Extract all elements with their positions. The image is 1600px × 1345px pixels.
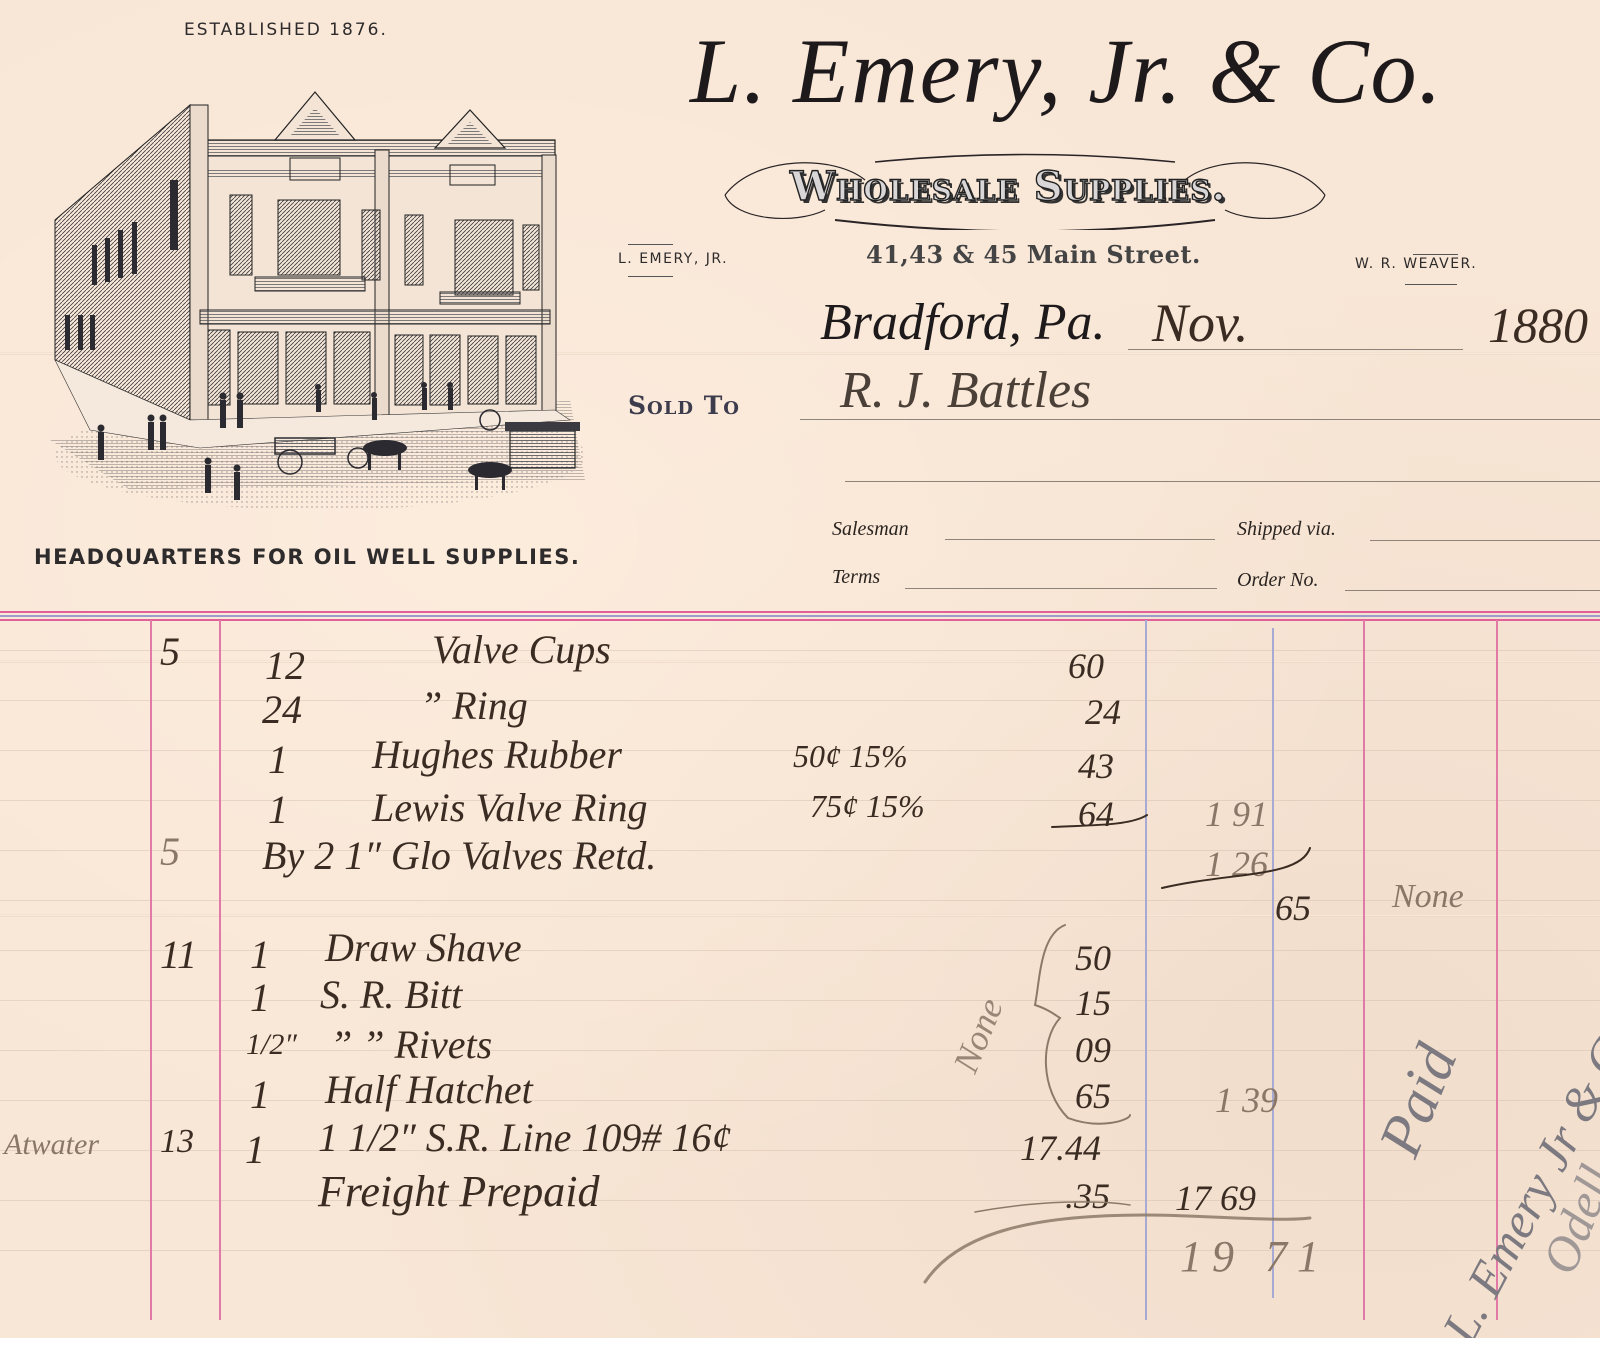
building-engraving-icon (50, 70, 590, 510)
row-subtotal: 1 39 (1215, 1082, 1278, 1118)
invoice-paper: ESTABLISHED 1876. (0, 0, 1600, 1338)
row-note: 75¢ 15% (810, 790, 925, 822)
row-qty: 1 (268, 790, 288, 830)
row-qty: 12 (265, 646, 305, 686)
shipped-via-field[interactable] (1370, 540, 1600, 541)
row-description: S. R. Bitt (320, 975, 462, 1015)
salesman-field[interactable] (945, 539, 1215, 540)
row-qty: 1/2″ (246, 1030, 297, 1060)
row-qty: 24 (262, 690, 302, 730)
date-month-field[interactable]: Nov. (1152, 292, 1248, 354)
ledger-top-rule (0, 619, 1600, 621)
fold-crease (0, 660, 1600, 663)
none-side-note: None (945, 993, 1011, 1079)
order-no-label: Order No. (1237, 569, 1318, 592)
terms-label: Terms (832, 566, 880, 589)
cents-column-rule (1272, 628, 1274, 1298)
none-note: None (1392, 880, 1464, 914)
row-amount: 60 (1068, 648, 1104, 684)
sold-to-field[interactable]: R. J. Battles (840, 361, 1091, 420)
date-year-field[interactable]: 1880 (1488, 296, 1588, 354)
row-margin-note: Atwater (4, 1130, 99, 1160)
row-day: 11 (160, 935, 197, 975)
partner-name-right: W. R. WEAVER. (1355, 256, 1477, 272)
tagline-text: HEADQUARTERS FOR OIL WELL SUPPLIES. (34, 545, 580, 569)
city-text: Bradford, Pa. (820, 293, 1106, 352)
row-qty: 1 (250, 1075, 270, 1115)
amount-column-rule (1145, 620, 1147, 1320)
row-amount: 17.44 (1020, 1130, 1101, 1166)
row-description: Freight Prepaid (318, 1170, 599, 1214)
total-column-rule (1363, 620, 1365, 1320)
row-amount: 64 (1078, 796, 1114, 832)
address-line (845, 481, 1600, 482)
ledger-top-rule (0, 615, 1600, 617)
row-description: 1 1/2″ S.R. Line 109# 16¢ (318, 1118, 731, 1158)
established-text: ESTABLISHED 1876. (184, 20, 388, 40)
fold-crease (0, 914, 1600, 917)
street-address: 41,43 & 45 Main Street. (866, 240, 1201, 269)
partner-name-left: L. EMERY, JR. (618, 251, 728, 267)
row-amount: 50 (1075, 940, 1111, 976)
row-subtotal: 65 (1275, 890, 1311, 926)
ornament-rule (1413, 254, 1458, 255)
row-qty: 1 (250, 978, 270, 1018)
sold-to-label: Sold To (628, 391, 740, 420)
row-amount: 09 (1075, 1032, 1111, 1068)
row-amount: 15 (1075, 985, 1111, 1021)
row-qty: 1 (245, 1130, 265, 1170)
row-amount: 43 (1078, 748, 1114, 784)
row-description: Lewis Valve Ring (372, 788, 648, 828)
row-day: 13 (160, 1125, 194, 1159)
row-subtotal: 1 91 (1205, 796, 1268, 832)
shipped-via-label: Shipped via. (1237, 518, 1336, 541)
firm-name: L. Emery, Jr. & Co. (690, 18, 1444, 124)
row-description: ” ” Rivets (330, 1025, 492, 1065)
business-type-heading: Wholesale Supplies. (790, 163, 1226, 210)
row-note: 50¢ 15% (793, 740, 908, 772)
row-description: Valve Cups (432, 630, 611, 670)
row-amount: 24 (1085, 694, 1121, 730)
ornament-rule (1405, 284, 1457, 285)
order-no-field[interactable] (1345, 590, 1600, 591)
row-amount: .35 (1065, 1178, 1110, 1214)
row-description: ” Ring (420, 686, 528, 726)
row-qty: 1 (250, 935, 270, 975)
row-description: Draw Shave (325, 928, 522, 968)
ornament-rule (628, 276, 673, 277)
row-description: By 2 1″ Glo Valves Retd. (262, 836, 656, 876)
grand-total: 19 71 (1180, 1235, 1329, 1279)
ledger-top-rule (0, 611, 1600, 613)
row-day: 5 (160, 832, 180, 872)
margin-column-rule (150, 620, 152, 1320)
row-amount: 65 (1075, 1078, 1111, 1114)
salesman-label: Salesman (832, 518, 909, 541)
day-column-rule (219, 620, 221, 1320)
row-description: Half Hatchet (325, 1070, 533, 1110)
row-description: Hughes Rubber (372, 735, 622, 775)
row-subtotal: 1 26 (1205, 846, 1268, 882)
row-day: 5 (160, 632, 180, 672)
row-qty: 1 (268, 740, 288, 780)
terms-field[interactable] (905, 588, 1217, 589)
row-subtotal: 17 69 (1175, 1180, 1256, 1216)
ornament-rule (628, 244, 673, 245)
